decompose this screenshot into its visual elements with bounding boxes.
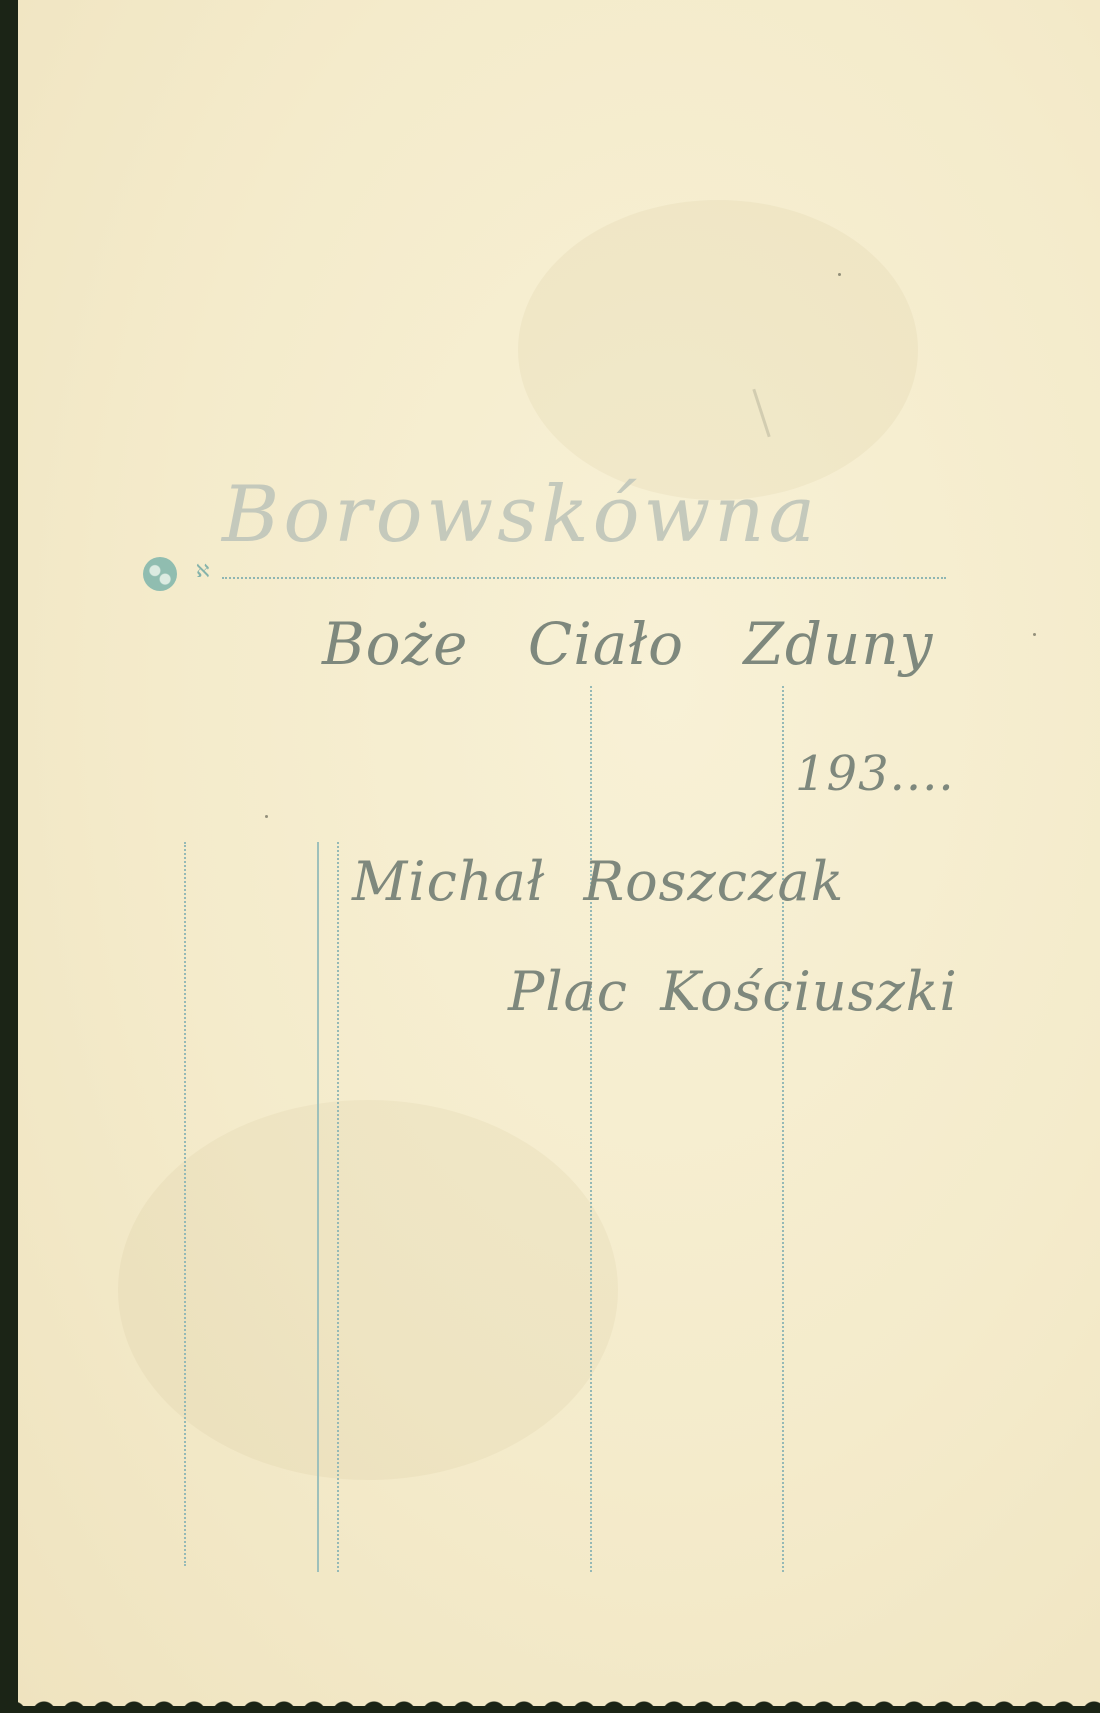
- bottom-deckled-edge: [0, 1699, 1100, 1713]
- handwriting-address: Plac Kościuszki: [508, 960, 958, 1023]
- faint-pencil-name: Borowskówna: [222, 470, 819, 560]
- handwriting-year: 193....: [795, 746, 955, 802]
- column-divider-2: [317, 842, 319, 1572]
- speck: [838, 273, 841, 276]
- speck: [1033, 633, 1036, 636]
- column-divider-4: [590, 686, 592, 1572]
- speck: [265, 815, 268, 818]
- column-divider-3: [337, 842, 339, 1572]
- paper-stain: [118, 1100, 618, 1480]
- paper-stain: [518, 200, 918, 500]
- handwriting-event-place: Boże Ciało Zduny: [322, 610, 933, 678]
- publisher-stamp-icon: [143, 557, 177, 591]
- handwriting-photographer-name: Michał Roszczak: [352, 850, 844, 913]
- printed-header-line: [222, 577, 946, 579]
- column-divider-5: [782, 686, 784, 1572]
- column-divider-1: [184, 842, 186, 1566]
- publisher-mark: ℵ: [196, 561, 209, 582]
